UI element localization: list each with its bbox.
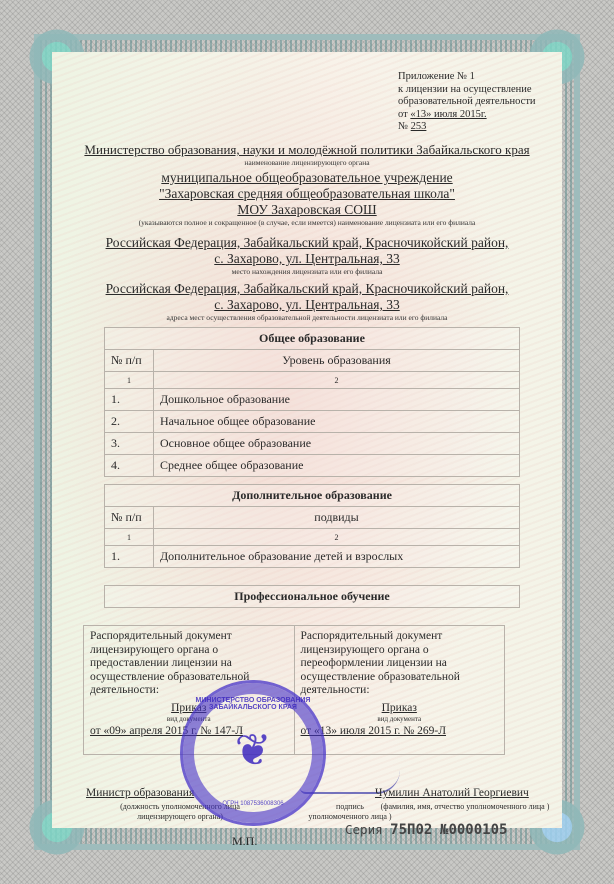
table-title: Общее образование bbox=[105, 328, 520, 350]
number-prefix: № bbox=[398, 121, 411, 132]
table-row: 2. Начальное общее образование bbox=[105, 411, 520, 433]
licensee-caption: (указываются полное и сокращенное (в слу… bbox=[60, 218, 554, 228]
row-text: Дополнительное образование детей и взрос… bbox=[154, 546, 520, 568]
table-row: 4. Среднее общее образование bbox=[105, 455, 520, 477]
row-number: 2. bbox=[105, 411, 154, 433]
activity-address-line-1: Российская Федерация, Забайкальский край… bbox=[60, 281, 554, 297]
appendix-header: Приложение № 1 к лицензии на осуществлен… bbox=[398, 71, 558, 134]
appendix-date: от «13» июля 2015г. bbox=[398, 109, 558, 122]
activity-address-block: Российская Федерация, Забайкальский край… bbox=[60, 281, 554, 323]
general-education-table: Общее образование № п/п Уровень образова… bbox=[104, 327, 520, 477]
signatory-position: Министр образования bbox=[86, 787, 194, 799]
licensing-body-name: Министерство образования, науки и молодё… bbox=[60, 142, 554, 158]
row-text: Среднее общее образование bbox=[154, 455, 520, 477]
licensee-line-2: "Захаровская средняя общеобразовательная… bbox=[60, 186, 554, 202]
table-row: 1. Дополнительное образование детей и вз… bbox=[105, 546, 520, 568]
appendix-line: Приложение № 1 bbox=[398, 71, 558, 84]
additional-education-table: Дополнительное образование № п/п подвиды… bbox=[104, 484, 520, 568]
licensee-line-1: муниципальное общеобразовательное учрежд… bbox=[60, 170, 554, 186]
column-index: 1 bbox=[105, 372, 154, 389]
column-header: № п/п bbox=[105, 350, 154, 372]
reissue-document-text: Распорядительный документ лицензирующего… bbox=[301, 630, 499, 698]
signature-caption-line: уполномоченного лица ) bbox=[300, 812, 400, 822]
series-label: Серия bbox=[345, 822, 383, 837]
row-text: Начальное общее образование bbox=[154, 411, 520, 433]
seal-ogrn: ОГРН 1087536008306 bbox=[183, 801, 323, 807]
table-row: 1. Дошкольное образование bbox=[105, 389, 520, 411]
column-header: Уровень образования bbox=[154, 350, 520, 372]
seal-place-label: М.П. bbox=[232, 834, 257, 849]
appendix-line: к лицензии на осуществление bbox=[398, 84, 558, 97]
reissue-document-reference: от «13» июля 2015 г. № 269-Л bbox=[301, 725, 499, 739]
row-text: Дошкольное образование bbox=[154, 389, 520, 411]
location-line-2: с. Захарово, ул. Центральная, 33 bbox=[60, 251, 554, 267]
licensee-short-name: МОУ Захаровская СОШ bbox=[60, 202, 554, 218]
location-block: Российская Федерация, Забайкальский край… bbox=[60, 235, 554, 277]
column-index: 2 bbox=[154, 529, 520, 546]
seal-text: МИНИСТЕРСТВО ОБРАЗОВАНИЯ ЗАБАЙКАЛЬСКОГО … bbox=[183, 697, 323, 711]
licensing-body-block: Министерство образования, науки и молодё… bbox=[60, 142, 554, 168]
column-header: подвиды bbox=[154, 507, 520, 529]
signatory-name: Чумилин Анатолий Георгиевич bbox=[375, 787, 529, 799]
location-line-1: Российская Федерация, Забайкальский край… bbox=[60, 235, 554, 251]
number-value: 0000105 bbox=[448, 822, 507, 838]
licensee-block: муниципальное общеобразовательное учрежд… bbox=[60, 170, 554, 228]
reissue-document-box: Распорядительный документ лицензирующего… bbox=[294, 626, 505, 754]
table-row: 3. Основное общее образование bbox=[105, 433, 520, 455]
reissue-document-type-caption: вид документа bbox=[301, 715, 499, 723]
form-number: №0000105 bbox=[440, 822, 507, 838]
reissue-document-type: Приказ bbox=[301, 702, 499, 716]
activity-address-line-2: с. Захарово, ул. Центральная, 33 bbox=[60, 297, 554, 313]
appendix-number: № 253 bbox=[398, 121, 558, 134]
professional-training-table: Профессиональное обучение bbox=[104, 585, 520, 608]
form-series: Серия 75П02 bbox=[345, 822, 432, 838]
name-caption: (фамилия, имя, отчество уполномоченного … bbox=[360, 802, 570, 812]
row-number: 4. bbox=[105, 455, 154, 477]
column-header: № п/п bbox=[105, 507, 154, 529]
column-index: 1 bbox=[105, 529, 154, 546]
date-prefix: от bbox=[398, 109, 410, 120]
appendix-line: образовательной деятельности bbox=[398, 96, 558, 109]
table-title: Профессиональное обучение bbox=[105, 586, 520, 608]
row-text: Основное общее образование bbox=[154, 433, 520, 455]
license-number: 253 bbox=[411, 121, 427, 132]
row-number: 1. bbox=[105, 546, 154, 568]
license-date: «13» июля 2015г. bbox=[410, 109, 486, 120]
location-caption: место нахождения лицензиата или его фили… bbox=[60, 267, 554, 277]
activity-address-caption: адреса мест осуществления образовательно… bbox=[60, 313, 554, 323]
row-number: 1. bbox=[105, 389, 154, 411]
licensing-body-caption: наименование лицензирующего органа bbox=[60, 158, 554, 168]
column-index: 2 bbox=[154, 372, 520, 389]
row-number: 3. bbox=[105, 433, 154, 455]
official-seal: МИНИСТЕРСТВО ОБРАЗОВАНИЯ ЗАБАЙКАЛЬСКОГО … bbox=[180, 680, 326, 826]
series-value: 75П02 bbox=[390, 822, 432, 838]
coat-of-arms-icon: ❦ bbox=[228, 723, 278, 778]
table-title: Дополнительное образование bbox=[105, 485, 520, 507]
